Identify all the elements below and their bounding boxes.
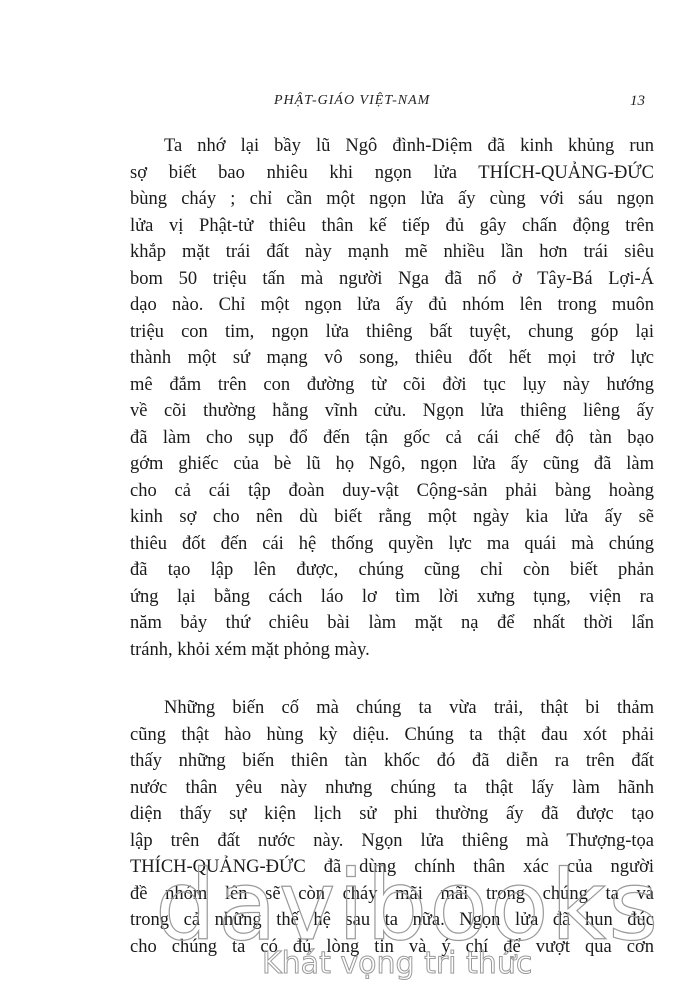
text-line: đã làm cho sụp đổ đến tận gốc cả cái chế… xyxy=(130,425,654,452)
watermark-tagline: Khát vọng tri thức xyxy=(262,946,532,981)
paragraph-1: Ta nhớ lại bầy lũ Ngô đình-Diệm đã kinh … xyxy=(130,133,654,663)
body-text: Ta nhớ lại bầy lũ Ngô đình-Diệm đã kinh … xyxy=(130,133,654,960)
text-line: cho cả cái tập đoàn duy-vật Cộng-sản phả… xyxy=(130,478,654,505)
text-line: mê đắm trên con đường từ cõi đời tục lụy… xyxy=(130,372,654,399)
text-line: kinh sợ cho nên dù biết rằng một ngày ki… xyxy=(130,504,654,531)
text-line: Ta nhớ lại bầy lũ Ngô đình-Diệm đã kinh … xyxy=(130,133,654,160)
text-line: dạo nào. Chỉ một ngọn lửa ấy đủ nhóm lên… xyxy=(130,292,654,319)
text-line: triệu con tim, ngọn lửa thiêng bất tuyệt… xyxy=(130,319,654,346)
text-line: tránh, khỏi xém mặt phỏng mày. xyxy=(130,637,654,664)
text-line: bom 50 triệu tấn mà người Nga đã nổ ở Tâ… xyxy=(130,266,654,293)
text-line: đã tạo lập lên được, chúng cũng chỉ còn … xyxy=(130,557,654,584)
text-line: sợ biết bao nhiêu khi ngọn lửa THÍCH-QUẢ… xyxy=(130,160,654,187)
text-line: nước thân yêu này nhưng chúng ta thật lấ… xyxy=(130,775,654,802)
text-line: thấy những biến thiên tàn khốc đó đã diễ… xyxy=(130,748,654,775)
text-line: năm bảy thứ chiêu bài làm mặt nạ để nhất… xyxy=(130,610,654,637)
text-line: lửa vị Phật-tử thiêu thân kế tiếp đủ gây… xyxy=(130,213,654,240)
running-title: PHẬT-GIÁO VIỆT-NAM xyxy=(274,93,430,109)
text-line: Những biến cố mà chúng ta vừa trải, thật… xyxy=(130,695,654,722)
text-line: bùng cháy ; chỉ cần một ngọn lửa ấy cùng… xyxy=(130,186,654,213)
text-line: gớm ghiếc của bè lũ họ Ngô, ngọn lửa ấy … xyxy=(130,451,654,478)
book-page: PHẬT-GIÁO VIỆT-NAM 13 Ta nhớ lại bầy lũ … xyxy=(0,0,700,988)
text-line: ứng lại bằng cách láo lơ tìm lời xưng tụ… xyxy=(130,584,654,611)
page-number: 13 xyxy=(630,93,645,110)
text-line: về cõi thường hằng vĩnh cửu. Ngọn lửa th… xyxy=(130,398,654,425)
text-line: thiêu đốt đến cái hệ thống quyền lực ma … xyxy=(130,531,654,558)
paragraph-gap xyxy=(130,663,654,695)
text-line: cũng thật hào hùng kỳ diệu. Chúng ta thậ… xyxy=(130,722,654,749)
text-line: diện thấy sự kiện lịch sử phi thường ấy … xyxy=(130,801,654,828)
watermark-brand: davibooks xyxy=(155,858,660,954)
text-line: khắp mặt trái đất này mạnh mẽ nhiều lần … xyxy=(130,239,654,266)
text-line: thành một sứ mạng vô song, thiêu đốt hết… xyxy=(130,345,654,372)
